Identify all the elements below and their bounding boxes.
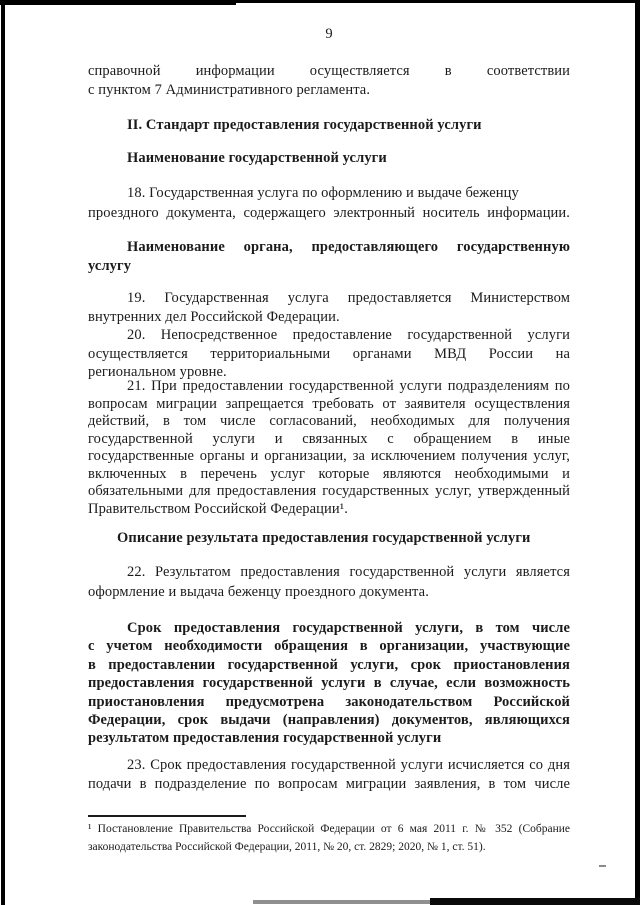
text-line: 23. Срок предоставления государственной …	[88, 756, 570, 775]
scan-edge-left	[1, 0, 5, 905]
paragraph-20: 20. Непосредственное предоставление госу…	[88, 326, 570, 382]
text-line: 21. При предоставлении государственной у…	[88, 378, 570, 396]
footnote-separator	[88, 815, 246, 817]
heading-line: Наименование органа, предоставляющего го…	[88, 238, 570, 257]
text-line: 18. Государственная услуга по оформлению…	[88, 184, 570, 204]
subsection-heading-service-name: Наименование государственной услуги	[88, 149, 570, 168]
section-heading-line: II. Стандарт предоставления государствен…	[88, 116, 570, 135]
subsection-heading-term: Срок предоставления государственной услу…	[88, 619, 570, 748]
paragraph-continuation: справочной информации осуществляется в с…	[88, 62, 570, 101]
text-line: проездного документа, содержащего электр…	[88, 204, 570, 224]
heading-line: Срок предоставления государственной услу…	[88, 619, 570, 637]
footnote-line: законодательства Российской Федерации, 2…	[88, 839, 570, 857]
text-line: государственной услуги и связанных с обр…	[88, 431, 570, 449]
scan-speck	[599, 865, 606, 867]
paragraph-18: 18. Государственная услуга по оформлению…	[88, 184, 570, 223]
footnote: ¹ Постановление Правительства Российской…	[88, 821, 570, 856]
heading-line: Описание результата предоставления госуд…	[88, 529, 570, 548]
subsection-heading-result: Описание результата предоставления госуд…	[88, 529, 570, 548]
scan-edge-bottom-gray	[253, 900, 433, 904]
section-heading: II. Стандарт предоставления государствен…	[88, 116, 570, 135]
text-line: оформление и выдача беженцу проездного д…	[88, 583, 570, 603]
text-line: вопросам миграции запрещается требовать …	[88, 396, 570, 414]
scan-edge-top-segment	[0, 0, 236, 5]
text-line: подачи в подразделение по вопросам мигра…	[88, 775, 570, 794]
text-line: с пунктом 7 Административного регламента…	[88, 81, 570, 100]
text-line: 19. Государственная услуга предоставляет…	[88, 289, 570, 308]
text-line: осуществляется территориальными органами…	[88, 345, 570, 364]
text-line: обязательными для предоставления государ…	[88, 483, 570, 501]
footnote-line: ¹ Постановление Правительства Российской…	[88, 821, 570, 839]
text-line: 20. Непосредственное предоставление госу…	[88, 326, 570, 345]
heading-line: приостановления предусмотрена законодате…	[88, 693, 570, 711]
paragraph-22: 22. Результатом предоставления государст…	[88, 563, 570, 602]
text-line: справочной информации осуществляется в с…	[88, 62, 570, 81]
page-number: 9	[88, 26, 570, 43]
text-line: действий, в том числе согласований, необ…	[88, 413, 570, 431]
heading-line: Федерации, срок выдачи (направления) док…	[88, 711, 570, 729]
text-line-with-footnote-ref: Правительством Российской Федерации¹.	[88, 501, 570, 519]
heading-line: в предоставлении государственной услуги,…	[88, 656, 570, 674]
heading-line: услугу	[88, 257, 570, 276]
text-line: 22. Результатом предоставления государст…	[88, 563, 570, 583]
paragraph-19: 19. Государственная услуга предоставляет…	[88, 289, 570, 327]
text-line: государственные органы и организации, за…	[88, 448, 570, 466]
text-line: включенных в перечень услуг которые явля…	[88, 466, 570, 484]
heading-line: с учетом необходимости обращения в орган…	[88, 637, 570, 655]
paragraph-21: 21. При предоставлении государственной у…	[88, 378, 570, 518]
paragraph-23: 23. Срок предоставления государственной …	[88, 756, 570, 793]
subsection-heading-authority: Наименование органа, предоставляющего го…	[88, 238, 570, 276]
heading-line: результатом предоставления государственн…	[88, 729, 570, 747]
scan-edge-bottom-black	[430, 898, 640, 905]
scan-edge-right	[635, 0, 640, 905]
heading-line: Наименование государственной услуги	[88, 149, 570, 168]
text-line: внутренних дел Российской Федерации.	[88, 308, 570, 327]
heading-line: предоставления государственной услуги в …	[88, 674, 570, 692]
